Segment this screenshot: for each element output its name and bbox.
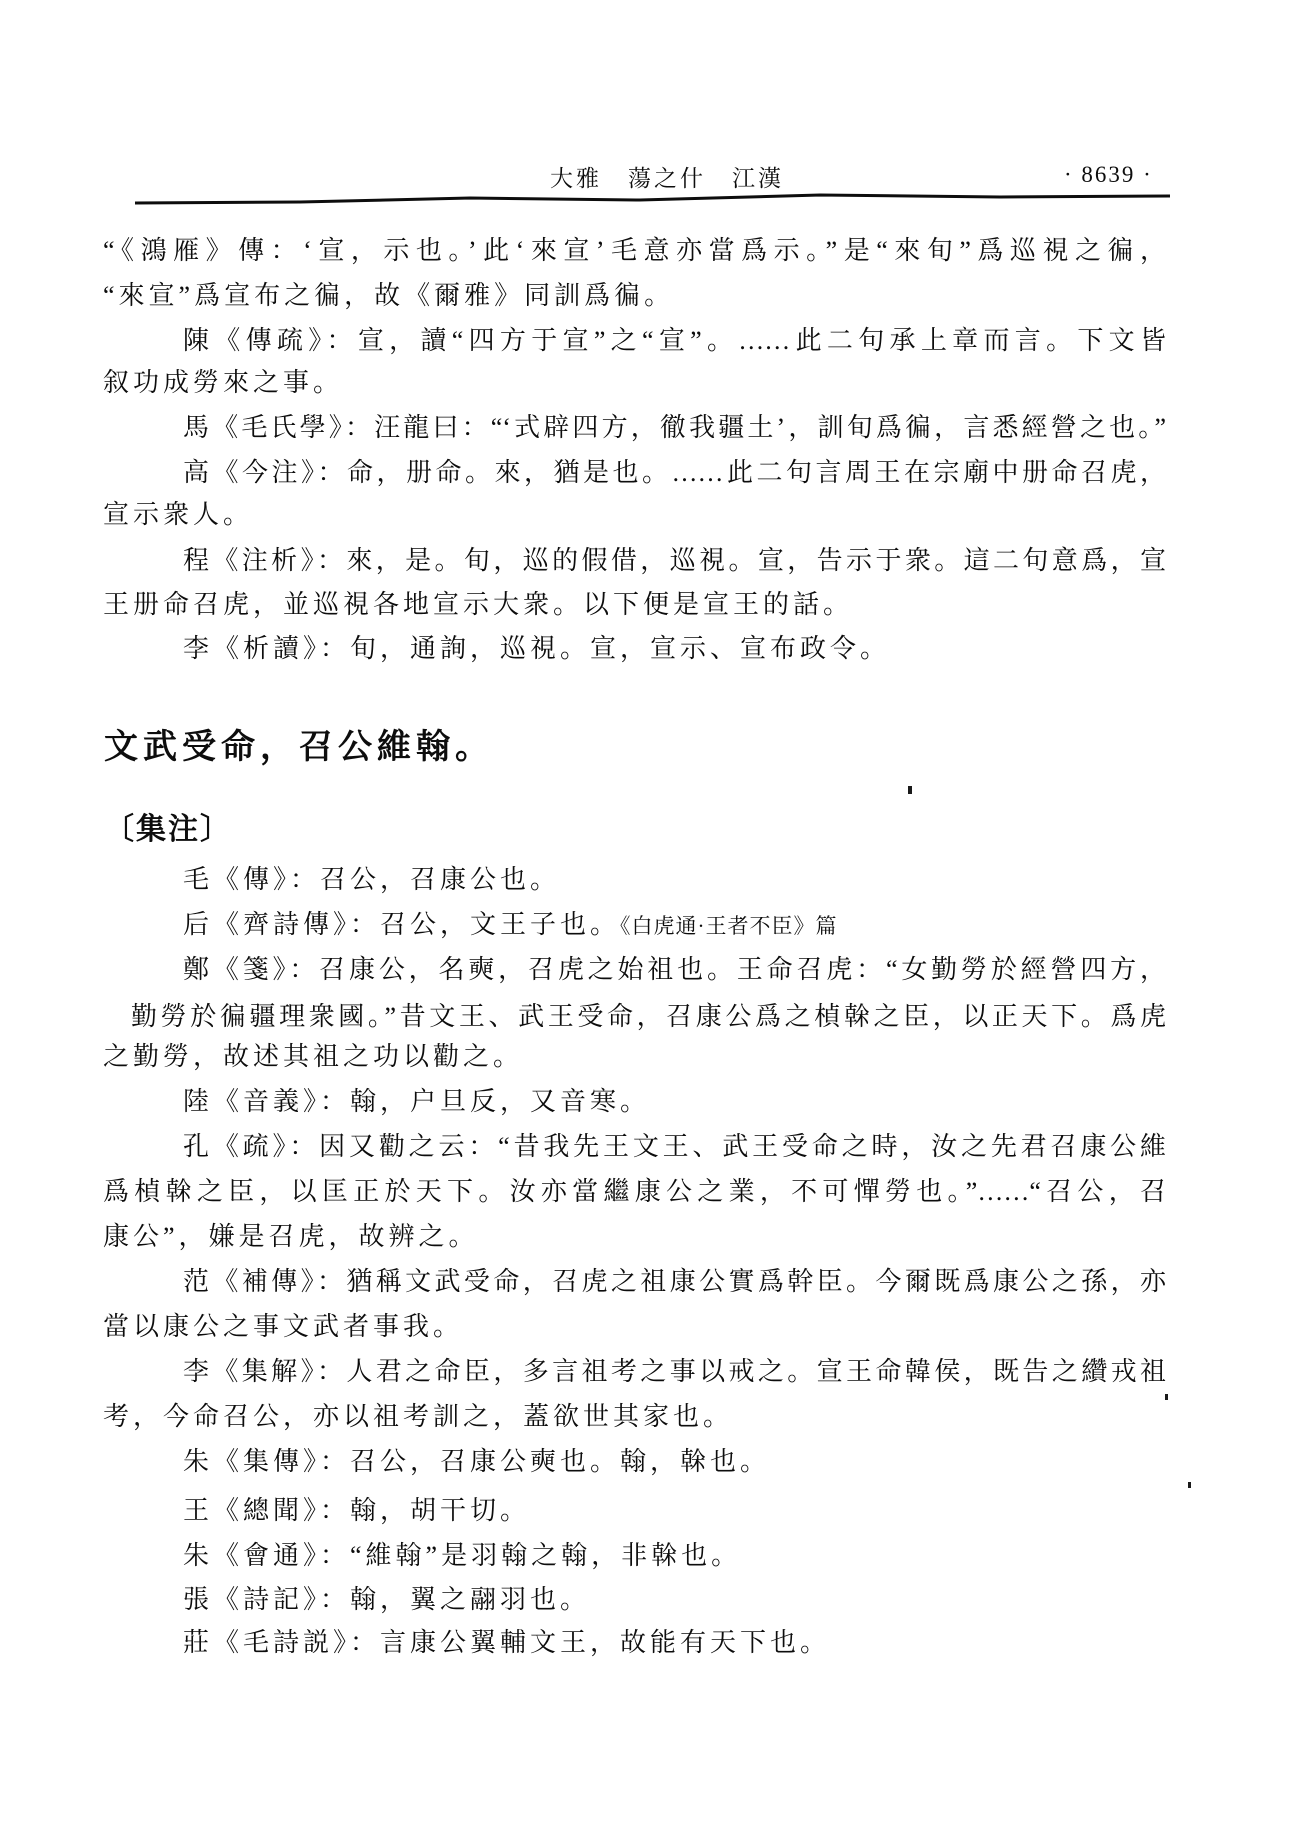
note-line: 朱《會通》：“維翰”是羽翰之翰，非榦也。 (183, 1538, 741, 1574)
ink-speck (1165, 1394, 1168, 1400)
note-line: 考，今命召公，亦以祖考訓之，蓋欲世其家也。 (103, 1399, 733, 1435)
note-line: 范《補傳》：猶稱文武受命，召虎之祖康公實爲幹臣。今爾既爲康公之孫，亦 (183, 1264, 1166, 1300)
text-line: “來宣”爲宣布之徧，故《爾雅》同訓爲徧。 (103, 278, 674, 314)
note-line: 朱《集傳》：召公，召康公奭也。翰，榦也。 (183, 1444, 770, 1480)
text-line: 宣示衆人。 (103, 497, 253, 533)
note-line: 勤勞於徧疆理衆國。”昔文王、武王受命，召康公爲之楨榦之臣，以正天下。爲虎 (131, 999, 1166, 1035)
note-line: 當以康公之事文武者事我。 (103, 1309, 463, 1345)
header-rule (0, 190, 1300, 210)
text-line: 叙功成勞來之事。 (103, 365, 343, 401)
section-label: 〔集注〕 (104, 804, 232, 848)
note-line: 后《齊詩傳》：召公，文王子也。《白虎通·王者不臣》篇 (183, 907, 838, 944)
text-line: 王册命召虎，並巡視各地宣示大衆。以下便是宣王的話。 (103, 587, 853, 623)
text-line: 李《析讀》：旬，通詢，巡視。宣，宣示、宣布政令。 (183, 631, 890, 667)
note-line: 康公”，嫌是召虎，故辨之。 (103, 1219, 479, 1255)
page-number: · 8639 · (1064, 162, 1153, 188)
note-line: 毛《傳》：召公，召康公也。 (183, 862, 560, 898)
note-line: 爲楨榦之臣，以匡正於天下。汝亦當繼康公之業，不可憚勞也。”……“召公，召 (103, 1174, 1166, 1210)
book-page: 大雅 蕩之什 江漢 · 8639 · “《鴻雁》傳：‘宣，示也。’此‘來宣’毛意… (0, 0, 1300, 1827)
ink-speck (908, 786, 912, 794)
ink-speck (1188, 1482, 1191, 1488)
note-line: 孔《疏》：因又勸之云：“昔我先王文王、武王受命之時，汝之先君召康公維 (183, 1129, 1166, 1165)
note-line: 李《集解》：人君之命臣，多言祖考之事以戒之。宣王命韓侯，既告之纘戎祖 (183, 1354, 1166, 1390)
note-line: 王《總聞》：翰，胡干切。 (183, 1493, 530, 1529)
note-line: 莊《毛詩説》：言康公翼輔文王，故能有天下也。 (183, 1625, 830, 1661)
note-text: 后《齊詩傳》：召公，文王子也。 (183, 910, 620, 939)
text-line: 馬《毛氏學》：汪龍曰：“‘式辟四方，徹我疆土’，訓旬爲徧，言悉經營之也。” (183, 410, 1166, 446)
text-line: “《鴻雁》傳：‘宣，示也。’此‘來宣’毛意亦當爲示。”是“來旬”爲巡視之徧， (103, 233, 1166, 269)
citation-small: 《白虎通·王者不臣》篇 (620, 914, 838, 938)
text-line: 陳《傳疏》：宣，讀“四方于宣”之“宣”。……此二句承上章而言。下文皆 (183, 323, 1166, 359)
note-line: 之勤勞，故述其祖之功以勸之。 (103, 1039, 523, 1075)
running-head-title: 大雅 蕩之什 江漢 (550, 160, 784, 193)
note-line: 陸《音義》：翰，户旦反，又音寒。 (183, 1084, 650, 1120)
text-line: 高《今注》：命，册命。來，猶是也。……此二句言周王在宗廟中册命召虎， (183, 455, 1166, 491)
text-line: 程《注析》：來，是。旬，巡的假借，巡視。宣，告示于衆。這二句意爲，宣 (183, 543, 1166, 579)
note-line: 張《詩記》：翰，翼之翮羽也。 (183, 1582, 590, 1618)
note-line: 鄭《箋》：召康公，名奭，召虎之始祖也。王命召虎：“女勤勞於經營四方， (183, 952, 1166, 988)
verse-heading: 文武受命，召公維翰。 (104, 719, 494, 768)
